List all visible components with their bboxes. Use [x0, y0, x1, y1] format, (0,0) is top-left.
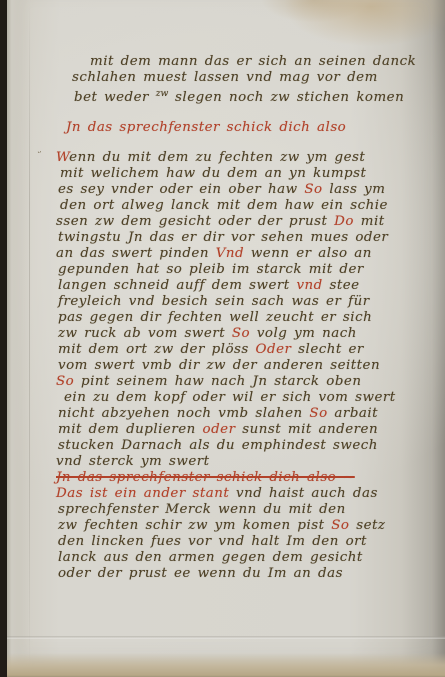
ink-text: bet weder [74, 90, 156, 105]
ink-text: pas gegen dir fechten well zeucht er sic… [58, 310, 372, 325]
ink-text: stucken Darnach als du emphindest swech [58, 438, 378, 453]
ink-text: mit dem ort zw der plöss [58, 342, 256, 357]
ink-text: zw [156, 89, 169, 99]
ink-text: mit dem mann das er sich an seinen danck [90, 54, 416, 69]
manuscript-line: mit welichem haw du dem an yn kumpst [60, 166, 396, 182]
rubricated-text: So [56, 374, 74, 389]
manuscript-line: an das swert pinden Vnd wenn er also an [56, 246, 396, 262]
text-block: mit dem mann das er sich an seinen danck… [56, 54, 396, 582]
ink-text: mit dem duplieren [58, 422, 203, 437]
manuscript-line: twingstu Jn das er dir vor sehen mues od… [58, 230, 396, 246]
rubricated-text: So [331, 518, 349, 533]
manuscript-line: den lincken fues vor vnd halt Im den ort [58, 534, 396, 550]
rubricated-text: So [304, 182, 322, 197]
fold-crease-bottom [7, 636, 445, 639]
manuscript-line: Wenn du mit dem zu fechten zw ym gest [56, 150, 396, 166]
ink-text: ein zu dem kopf oder wil er sich vom swe… [64, 390, 396, 405]
manuscript-line: mit dem duplieren oder sunst mit anderen [58, 422, 396, 438]
gloss-paragraph: Wenn du mit dem zu fechten zw ym gestmit… [56, 150, 396, 470]
ink-text: lanck aus den armen gegen dem gesicht [58, 550, 363, 565]
ink-text: enn du mit dem zu fechten zw ym gest [69, 150, 365, 165]
manuscript-line: vnd sterck ym swert [56, 454, 396, 470]
ink-text: freyleich vnd besich sein sach was er fü… [58, 294, 370, 309]
ink-text: vnd haist auch das [236, 486, 378, 501]
ink-text: arbait [328, 406, 378, 421]
rubricated-text: So [232, 326, 250, 341]
ink-text: schlahen muest lassen vnd mag vor dem [72, 70, 378, 85]
ink-text: mit [354, 214, 385, 229]
manuscript-photo: ᵕ mit dem mann das er sich an seinen dan… [0, 0, 445, 677]
manuscript-line: Jn das sprechfenster schick dich also [66, 120, 396, 136]
manuscript-line: So pint seinem haw nach Jn starck oben [56, 374, 396, 390]
manuscript-line: freyleich vnd besich sein sach was er fü… [58, 294, 396, 310]
manuscript-line: mit dem mann das er sich an seinen danck [90, 54, 396, 70]
manuscript-line: mit dem ort zw der plöss Oder slecht er [58, 342, 396, 358]
manuscript-line: ssen zw dem gesicht oder der prust Do mi… [56, 214, 396, 230]
manuscript-line: Jn das sprechfenster schick dich also ~ [56, 470, 396, 486]
ink-text: setz [350, 518, 386, 533]
rubricated-text: Do [334, 214, 354, 229]
page-bottom-edge [7, 653, 445, 677]
ink-text: pint seinem haw nach Jn starck oben [74, 374, 361, 389]
rubricated-text: Vnd [216, 246, 244, 261]
second-stance-paragraph: Das ist ein ander stant vnd haist auch d… [56, 486, 396, 582]
ink-text: volg ym nach [250, 326, 357, 341]
ink-text: mit welichem haw du dem an yn kumpst [60, 166, 366, 181]
ink-text: sprechfenster Merck wenn du mit den [58, 502, 346, 517]
ink-text: vnd sterck ym swert [56, 454, 210, 469]
left-fore-edge [7, 0, 33, 677]
rubricated-text: vnd [296, 278, 322, 293]
manuscript-line: stucken Darnach als du emphindest swech [58, 438, 396, 454]
manuscript-line: es sey vnder oder ein ober haw So lass y… [58, 182, 396, 198]
manuscript-line: ein zu dem kopf oder wil er sich vom swe… [64, 390, 396, 406]
rubricated-text: Oder [256, 342, 292, 357]
rubricated-text: W [56, 150, 69, 165]
rubricated-text: So [309, 406, 327, 421]
ink-text: zw ruck ab vom swert [58, 326, 232, 341]
ink-text: slegen noch zw stichen komen [168, 90, 404, 105]
ink-text: nicht abzyehen noch vmb slahen [58, 406, 309, 421]
rubric-heading-cancelled: Jn das sprechfenster schick dich also ~ [56, 470, 396, 486]
ink-text: oder der prust ee wenn du Im an das [58, 566, 343, 581]
manuscript-line: langen schneid auff dem swert vnd stee [58, 278, 396, 294]
manuscript-line: schlahen muest lassen vnd mag vor dem [72, 70, 396, 86]
manuscript-line: vom swert vmb dir zw der anderen seitten [58, 358, 396, 374]
manuscript-line: sprechfenster Merck wenn du mit den [58, 502, 396, 518]
closing-lines: mit dem mann das er sich an seinen danck… [56, 54, 396, 106]
manuscript-line: zw fechten schir zw ym komen pist So set… [58, 518, 396, 534]
rubricated-text: Jn das sprechfenster schick dich also ~ [56, 470, 355, 485]
ink-text: slecht er [291, 342, 363, 357]
rubricated-text: oder [203, 422, 236, 437]
manuscript-line: nicht abzyehen noch vmb slahen So arbait [58, 406, 396, 422]
manuscript-line: bet weder zw slegen noch zw stichen kome… [74, 86, 396, 106]
manuscript-line: Das ist ein ander stant vnd haist auch d… [56, 486, 396, 502]
rubricated-text: Jn das sprechfenster schick dich also [66, 120, 346, 135]
ink-text: wenn er also an [244, 246, 372, 261]
manuscript-line: gepunden hat so pleib im starck mit der [58, 262, 396, 278]
ink-text: den lincken fues vor vnd halt Im den ort [58, 534, 367, 549]
ink-text: lass ym [323, 182, 386, 197]
ink-text: ssen zw dem gesicht oder der prust [56, 214, 334, 229]
ink-text: langen schneid auff dem swert [58, 278, 296, 293]
ink-text: den ort alweg lanck mit dem haw ein schi… [60, 198, 388, 213]
ink-text: an das swert pinden [56, 246, 216, 261]
manuscript-line: pas gegen dir fechten well zeucht er sic… [58, 310, 396, 326]
ink-text: es sey vnder oder ein ober haw [58, 182, 304, 197]
rubricated-text: Das ist ein ander stant [56, 486, 236, 501]
ink-text: zw fechten schir zw ym komen pist [58, 518, 331, 533]
manuscript-line: den ort alweg lanck mit dem haw ein schi… [60, 198, 396, 214]
manuscript-line: oder der prust ee wenn du Im an das [58, 566, 396, 582]
manuscript-line: lanck aus den armen gegen dem gesicht [58, 550, 396, 566]
rubric-heading: Jn das sprechfenster schick dich also [56, 120, 396, 136]
ink-text: twingstu Jn das er dir vor sehen mues od… [58, 230, 388, 245]
ink-text: sunst mit anderen [236, 422, 379, 437]
ink-text: stee [323, 278, 360, 293]
ink-text: gepunden hat so pleib im starck mit der [58, 262, 364, 277]
manuscript-line: zw ruck ab vom swert So volg ym nach [58, 326, 396, 342]
ink-text: vom swert vmb dir zw der anderen seitten [58, 358, 380, 373]
